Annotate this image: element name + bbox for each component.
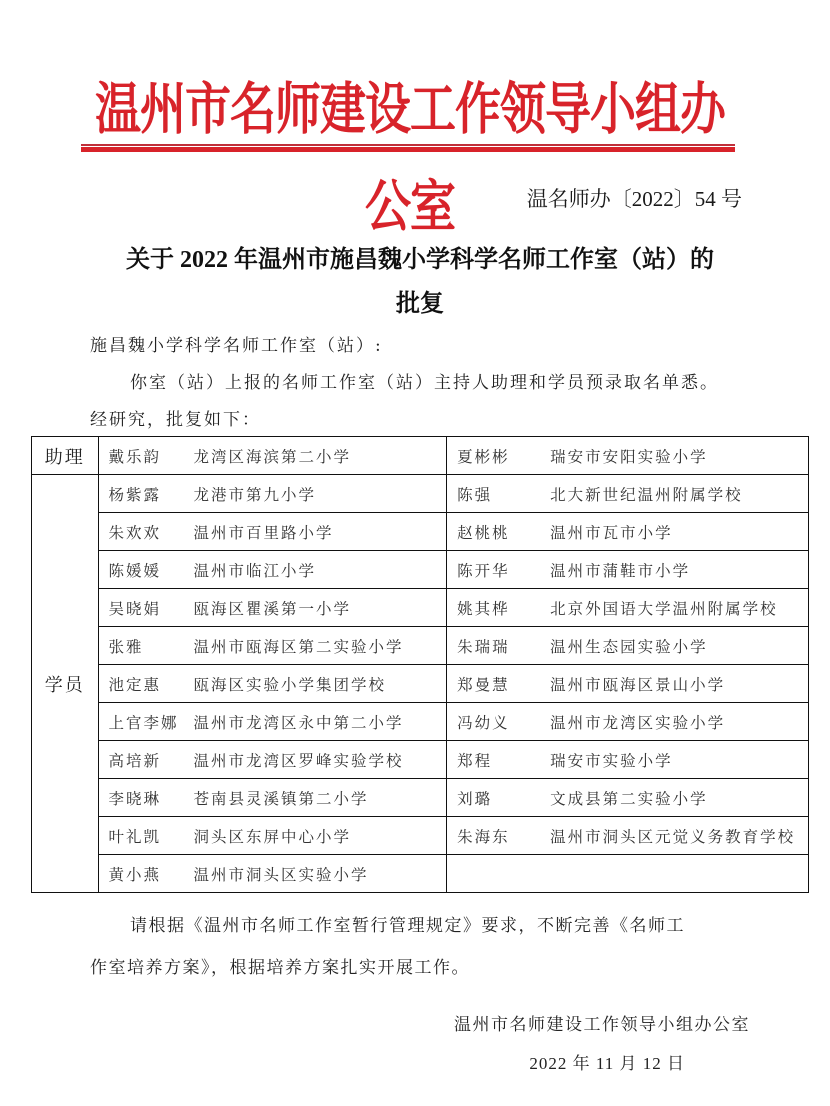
issue-date: 2022 年 11 月 12 日 xyxy=(529,1049,685,1079)
document-title-line2: 批复 xyxy=(60,282,780,326)
table-row: 高培新温州市龙湾区罗峰实验学校 郑程瑞安市实验小学 xyxy=(32,741,809,779)
member-school: 温州生态园实验小学 xyxy=(550,635,708,657)
document-title: 关于 2022 年温州市施昌魏小学科学名师工作室（站）的 批复 xyxy=(60,238,780,326)
table-row: 学员 杨紫露龙港市第九小学 陈强北大新世纪温州附属学校 xyxy=(32,475,809,513)
member-name: 姚其桦 xyxy=(447,597,550,619)
table-cell: 朱欢欢温州市百里路小学 xyxy=(98,513,447,551)
table-cell: 戴乐韵 龙湾区海滨第二小学 xyxy=(98,437,447,475)
table-cell: 张雅温州市瓯海区第二实验小学 xyxy=(98,627,447,665)
table-cell: 陈开华温州市蒲鞋市小学 xyxy=(447,551,809,589)
member-school: 温州市蒲鞋市小学 xyxy=(550,559,690,581)
member-school: 温州市龙湾区实验小学 xyxy=(550,711,725,733)
member-school: 温州市龙湾区罗峰实验学校 xyxy=(194,749,404,771)
member-name: 池定惠 xyxy=(99,673,194,695)
masthead-title: 温州市名师建设工作领导小组办公室 xyxy=(80,60,740,158)
masthead-rule-thin xyxy=(81,144,735,146)
table-cell-empty xyxy=(447,855,809,893)
table-cell: 上官李娜温州市龙湾区永中第二小学 xyxy=(98,703,447,741)
member-name: 郑曼慧 xyxy=(447,673,550,695)
member-school: 瑞安市实验小学 xyxy=(550,749,673,771)
member-school: 温州市瓯海区第二实验小学 xyxy=(194,635,404,657)
member-name: 朱海东 xyxy=(447,825,550,847)
member-name: 郑程 xyxy=(447,749,550,771)
table-row: 李晓琳苍南县灵溪镇第二小学 刘璐文成县第二实验小学 xyxy=(32,779,809,817)
member-school: 瓯海区瞿溪第一小学 xyxy=(194,597,352,619)
document-title-line1: 关于 2022 年温州市施昌魏小学科学名师工作室（站）的 xyxy=(60,238,780,282)
member-school: 龙湾区海滨第二小学 xyxy=(194,445,352,467)
member-name: 陈开华 xyxy=(447,559,550,581)
member-school: 温州市洞头区元觉义务教育学校 xyxy=(550,825,795,847)
table-row-assistants: 助理 戴乐韵 龙湾区海滨第二小学 夏彬彬 瑞安市安阳实验小学 xyxy=(32,437,809,475)
table-cell: 李晓琳苍南县灵溪镇第二小学 xyxy=(98,779,447,817)
member-name: 叶礼凯 xyxy=(99,825,194,847)
salutation: 施昌魏小学科学名师工作室（站）: xyxy=(90,331,383,361)
table-cell: 姚其桦北京外国语大学温州附属学校 xyxy=(447,589,809,627)
table-cell: 陈媛媛温州市临江小学 xyxy=(98,551,447,589)
roster-table: 助理 戴乐韵 龙湾区海滨第二小学 夏彬彬 瑞安市安阳实验小学 学员 杨紫露龙港市… xyxy=(31,436,809,893)
member-name: 黄小燕 xyxy=(99,863,194,885)
table-row: 张雅温州市瓯海区第二实验小学 朱瑞瑞温州生态园实验小学 xyxy=(32,627,809,665)
table-row: 黄小燕温州市洞头区实验小学 xyxy=(32,855,809,893)
body-paragraph-2: 经研究，批复如下： xyxy=(90,405,261,435)
table-cell: 高培新温州市龙湾区罗峰实验学校 xyxy=(98,741,447,779)
member-school: 温州市龙湾区永中第二小学 xyxy=(194,711,404,733)
table-row: 叶礼凯洞头区东屏中心小学 朱海东温州市洞头区元觉义务教育学校 xyxy=(32,817,809,855)
member-school: 温州市瓯海区景山小学 xyxy=(550,673,725,695)
body-paragraph-3-line1: 请根据《温州市名师工作室暂行管理规定》要求，不断完善《名师工 xyxy=(130,911,685,941)
member-name: 陈强 xyxy=(447,483,550,505)
table-cell: 夏彬彬 瑞安市安阳实验小学 xyxy=(447,437,809,475)
table-row: 朱欢欢温州市百里路小学 赵桃桃温州市瓦市小学 xyxy=(32,513,809,551)
table-row: 吴晓娟瓯海区瞿溪第一小学 姚其桦北京外国语大学温州附属学校 xyxy=(32,589,809,627)
member-school: 温州市临江小学 xyxy=(194,559,317,581)
member-name: 高培新 xyxy=(99,749,194,771)
table-cell: 赵桃桃温州市瓦市小学 xyxy=(447,513,809,551)
member-school: 苍南县灵溪镇第二小学 xyxy=(194,787,369,809)
member-name: 杨紫露 xyxy=(99,483,194,505)
table-cell: 叶礼凯洞头区东屏中心小学 xyxy=(98,817,447,855)
table-cell: 朱海东温州市洞头区元觉义务教育学校 xyxy=(447,817,809,855)
member-school: 北京外国语大学温州附属学校 xyxy=(550,597,778,619)
member-name: 赵桃桃 xyxy=(447,521,550,543)
table-cell: 冯幼义温州市龙湾区实验小学 xyxy=(447,703,809,741)
masthead-rule-thick xyxy=(81,147,735,152)
member-school: 文成县第二实验小学 xyxy=(550,787,708,809)
table-cell: 郑程瑞安市实验小学 xyxy=(447,741,809,779)
table-cell: 刘璐文成县第二实验小学 xyxy=(447,779,809,817)
member-name: 上官李娜 xyxy=(99,711,194,733)
member-name: 夏彬彬 xyxy=(447,445,550,467)
member-school: 洞头区东屏中心小学 xyxy=(194,825,352,847)
member-name: 戴乐韵 xyxy=(99,445,194,467)
member-school: 温州市洞头区实验小学 xyxy=(194,863,369,885)
member-name: 李晓琳 xyxy=(99,787,194,809)
table-cell: 黄小燕温州市洞头区实验小学 xyxy=(98,855,447,893)
table-row: 陈媛媛温州市临江小学 陈开华温州市蒲鞋市小学 xyxy=(32,551,809,589)
member-school: 瑞安市安阳实验小学 xyxy=(550,445,708,467)
document-number: 温名师办〔2022〕54 号 xyxy=(527,184,742,214)
table-cell: 郑曼慧温州市瓯海区景山小学 xyxy=(447,665,809,703)
body-paragraph-1: 你室（站）上报的名师工作室（站）主持人助理和学员预录取名单悉。 xyxy=(130,368,719,398)
role-label-assistant: 助理 xyxy=(32,437,99,475)
member-name: 刘璐 xyxy=(447,787,550,809)
member-name: 陈媛媛 xyxy=(99,559,194,581)
member-school: 瓯海区实验小学集团学校 xyxy=(194,673,387,695)
table-row: 池定惠瓯海区实验小学集团学校 郑曼慧温州市瓯海区景山小学 xyxy=(32,665,809,703)
table-cell: 朱瑞瑞温州生态园实验小学 xyxy=(447,627,809,665)
member-name: 张雅 xyxy=(99,635,194,657)
member-school: 温州市百里路小学 xyxy=(194,521,334,543)
table-cell: 杨紫露龙港市第九小学 xyxy=(98,475,447,513)
table-cell: 陈强北大新世纪温州附属学校 xyxy=(447,475,809,513)
member-name: 朱欢欢 xyxy=(99,521,194,543)
table-row: 上官李娜温州市龙湾区永中第二小学 冯幼义温州市龙湾区实验小学 xyxy=(32,703,809,741)
member-name: 冯幼义 xyxy=(447,711,550,733)
member-name: 朱瑞瑞 xyxy=(447,635,550,657)
member-school: 龙港市第九小学 xyxy=(194,483,317,505)
member-name: 吴晓娟 xyxy=(99,597,194,619)
role-label-student: 学员 xyxy=(32,475,99,893)
body-paragraph-3-line2: 作室培养方案》，根据培养方案扎实开展工作。 xyxy=(90,953,470,983)
member-school: 北大新世纪温州附属学校 xyxy=(550,483,743,505)
table-cell: 池定惠瓯海区实验小学集团学校 xyxy=(98,665,447,703)
table-cell: 吴晓娟瓯海区瞿溪第一小学 xyxy=(98,589,447,627)
signature: 温州市名师建设工作领导小组办公室 xyxy=(454,1010,750,1040)
member-school: 温州市瓦市小学 xyxy=(550,521,673,543)
